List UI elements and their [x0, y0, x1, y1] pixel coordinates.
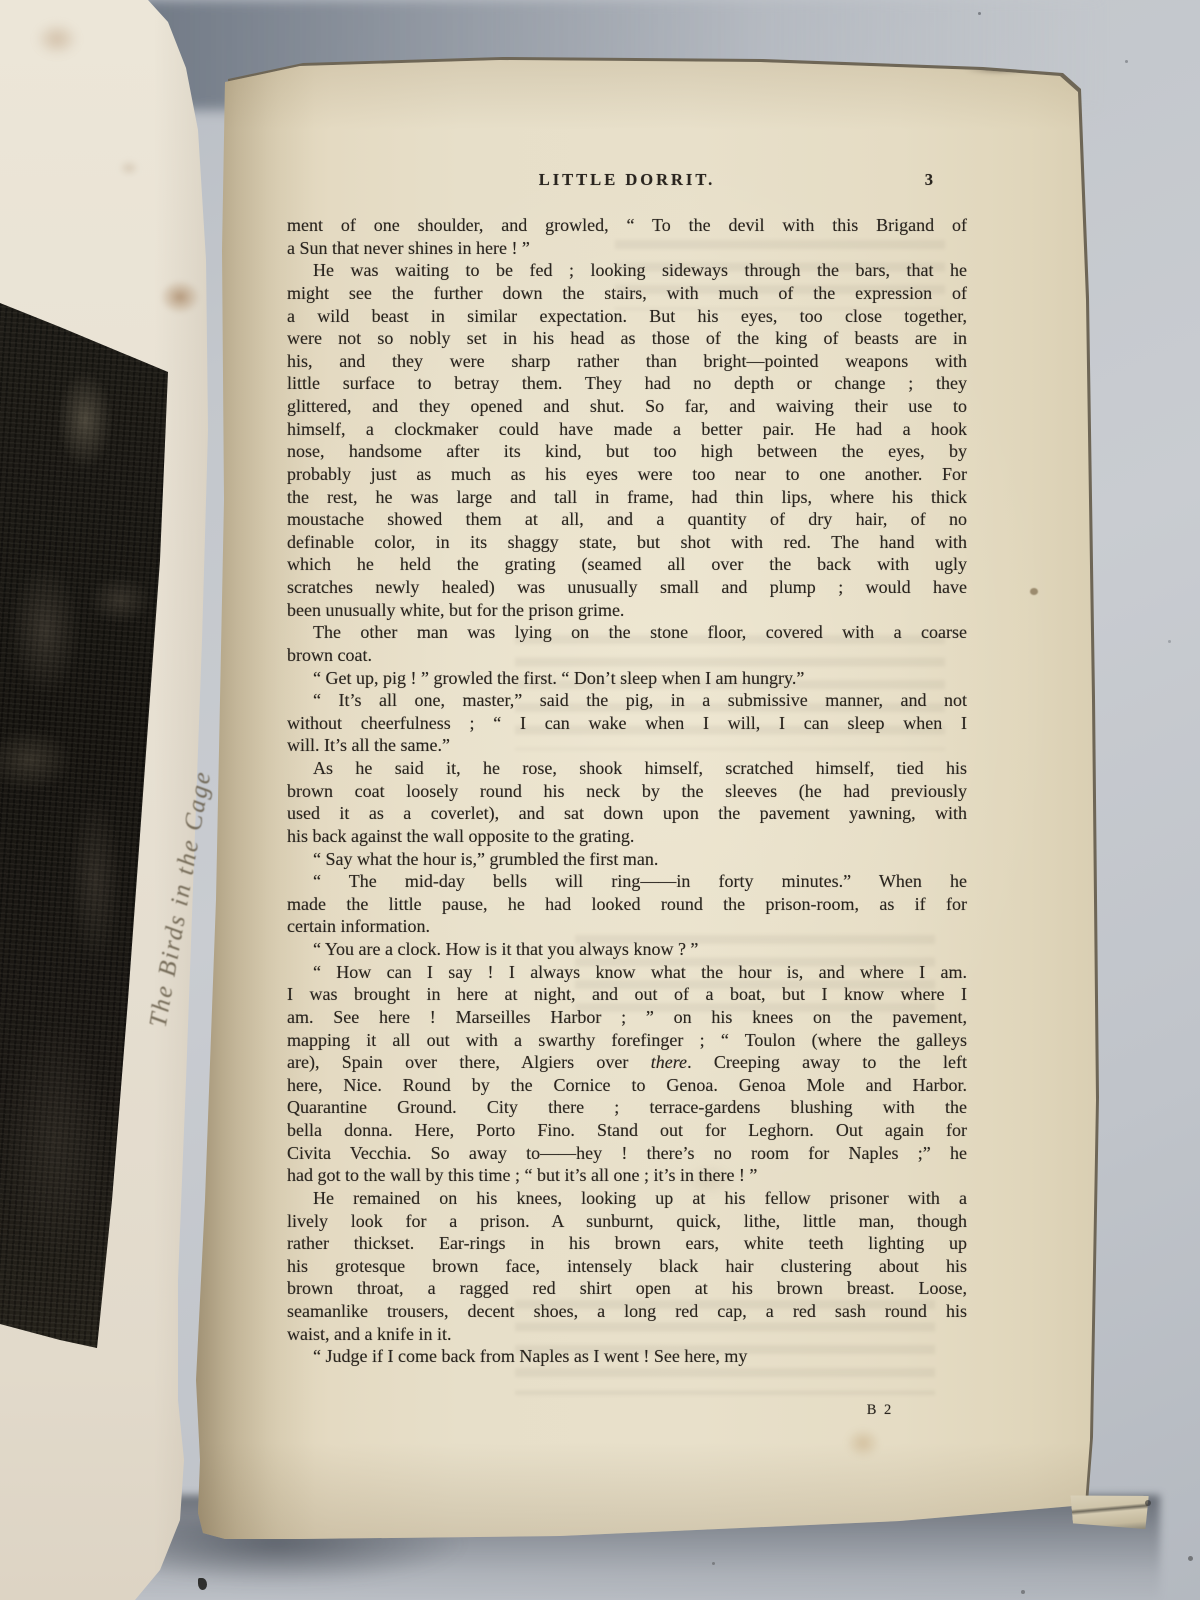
line-text: brown throat, a ragged red shirt open at…	[287, 1278, 967, 1298]
body-line: waist, and a knife in it.	[287, 1323, 967, 1346]
running-header: LITTLE DORRIT.	[539, 170, 715, 189]
body-line: little surface to betray them. They had …	[287, 372, 967, 395]
line-text: bella donna. Here, Porto Fino. Stand out…	[287, 1120, 967, 1140]
body-line: without cheerfulness ; “ I can wake when…	[287, 712, 967, 735]
body-line: “ Get up, pig ! ” growled the first. “ D…	[287, 667, 967, 690]
foxing-spot	[116, 158, 142, 178]
dust-speck	[1145, 1500, 1151, 1506]
foxing-spot	[160, 280, 200, 314]
line-text: a wild beast in similar expectation. But…	[287, 306, 967, 326]
body-line: been unusually white, but for the prison…	[287, 599, 967, 622]
body-line: scratches newly healed) was unusually sm…	[287, 576, 967, 599]
body-line: am. See here ! Marseilles Harbor ; ” on …	[287, 1006, 967, 1029]
line-text: “ It’s all one, master,” said the pig, i…	[313, 690, 967, 710]
line-text: himself, a clockmaker could have made a …	[287, 419, 967, 439]
body-line: made the little pause, he had looked rou…	[287, 893, 967, 916]
line-text: will. It’s all the same.”	[287, 735, 450, 755]
line-text: “ You are a clock. How is it that you al…	[313, 939, 698, 959]
line-text: were not so nobly set in his head as tho…	[287, 328, 967, 348]
line-text: Civita Vecchia. So away to——hey ! there’…	[287, 1143, 967, 1163]
line-text: certain information.	[287, 916, 430, 936]
body-line: are), Spain over there, Algiers over the…	[287, 1051, 967, 1074]
body-line: “ Judge if I come back from Naples as I …	[287, 1345, 967, 1368]
body-line: definable color, in its shaggy state, bu…	[287, 531, 967, 554]
line-text: his grotesque brown face, intensely blac…	[287, 1256, 967, 1276]
body-line: “ Say what the hour is,” grumbled the fi…	[287, 848, 967, 871]
line-text: made the little pause, he had looked rou…	[287, 894, 967, 914]
line-text: rather thickset. Ear-rings in his brown …	[287, 1233, 967, 1253]
dust-speck	[978, 12, 981, 15]
line-text: ment of one shoulder, and growled, “ To …	[287, 215, 967, 235]
body-line: lively look for a prison. A sunburnt, qu…	[287, 1210, 967, 1233]
body-line: “ You are a clock. How is it that you al…	[287, 938, 967, 961]
body-line: brown coat.	[287, 644, 967, 667]
line-text: had got to the wall by this time ; “ but…	[287, 1165, 757, 1185]
line-text: “ The mid-day bells will ring——in forty …	[313, 871, 967, 891]
line-text: his, and they were sharp rather than bri…	[287, 351, 967, 371]
book-photograph: The Birds in the Cage LITTLE DORRIT. 3 m…	[0, 0, 1200, 1600]
body-line: will. It’s all the same.”	[287, 734, 967, 757]
dust-speck	[1188, 1556, 1193, 1561]
line-text: As he said it, he rose, shook himself, s…	[313, 758, 967, 778]
running-header-row: LITTLE DORRIT. 3	[287, 170, 967, 194]
foxing-spot	[840, 1423, 886, 1463]
body-line: bella donna. Here, Porto Fino. Stand out…	[287, 1119, 967, 1142]
line-text: waist, and a knife in it.	[287, 1324, 451, 1344]
line-text: here, Nice. Round by the Cornice to Geno…	[287, 1075, 967, 1095]
dust-speck	[1021, 1590, 1025, 1594]
line-text: little surface to betray them. They had …	[287, 373, 967, 393]
line-text: brown coat.	[287, 645, 372, 665]
line-text: lively look for a prison. A sunburnt, qu…	[287, 1211, 967, 1231]
body-line: his back against the wall opposite to th…	[287, 825, 967, 848]
page-content: LITTLE DORRIT. 3 ment of one shoulder, a…	[287, 170, 967, 1368]
body-lines: ment of one shoulder, and growled, “ To …	[287, 214, 967, 1368]
page-number: 3	[925, 170, 933, 190]
line-text: used it as a coverlet), and sat down upo…	[287, 803, 967, 823]
line-text: might see the further down the stairs, w…	[287, 283, 967, 303]
body-line: had got to the wall by this time ; “ but…	[287, 1164, 967, 1187]
body-line: He remained on his knees, looking up at …	[287, 1187, 967, 1210]
body-line: here, Nice. Round by the Cornice to Geno…	[287, 1074, 967, 1097]
line-text: . Creeping away to the left	[687, 1052, 967, 1072]
line-text: mapping it all out with a swarthy forefi…	[287, 1030, 967, 1050]
body-line: probably just as much as his eyes were t…	[287, 463, 967, 486]
body-line: the rest, he was large and tall in frame…	[287, 486, 967, 509]
dust-speck	[1125, 60, 1128, 63]
body-line: might see the further down the stairs, w…	[287, 282, 967, 305]
line-text: brown coat loosely round his neck by the…	[287, 781, 967, 801]
body-line: glittered, and they opened and shut. So …	[287, 395, 967, 418]
line-text: The other man was lying on the stone flo…	[313, 622, 967, 642]
body-line: Civita Vecchia. So away to——hey ! there’…	[287, 1142, 967, 1165]
body-line: a wild beast in similar expectation. But…	[287, 305, 967, 328]
body-line: Quarantine Ground. City there ; terrace-…	[287, 1096, 967, 1119]
line-text: his back against the wall opposite to th…	[287, 826, 634, 846]
foxing-spot	[28, 16, 86, 62]
body-line: “ The mid-day bells will ring——in forty …	[287, 870, 967, 893]
body-line: his grotesque brown face, intensely blac…	[287, 1255, 967, 1278]
line-text: “ Say what the hour is,” grumbled the fi…	[313, 849, 658, 869]
body-line: which he held the grating (seamed all ov…	[287, 553, 967, 576]
line-text: probably just as much as his eyes were t…	[287, 464, 967, 484]
signature-mark: B 2	[840, 1402, 920, 1419]
line-text: seamanlike trousers, decent shoes, a lon…	[287, 1301, 967, 1321]
line-text: I was brought in here at night, and out …	[287, 984, 967, 1004]
body-line: rather thickset. Ear-rings in his brown …	[287, 1232, 967, 1255]
body-line: “ How can I say ! I always know what the…	[287, 961, 967, 984]
body-line: his, and they were sharp rather than bri…	[287, 350, 967, 373]
line-text: am. See here ! Marseilles Harbor ; ” on …	[287, 1007, 967, 1027]
body-line: brown throat, a ragged red shirt open at…	[287, 1277, 967, 1300]
line-text: are), Spain over there, Algiers over	[287, 1052, 651, 1072]
line-text: He was waiting to be fed ; looking sidew…	[313, 260, 967, 280]
body-line: a Sun that never shines in here ! ”	[287, 237, 967, 260]
body-line: The other man was lying on the stone flo…	[287, 621, 967, 644]
italic-word: there	[651, 1052, 687, 1072]
line-text: been unusually white, but for the prison…	[287, 600, 624, 620]
dust-speck	[1168, 640, 1171, 643]
line-text: definable color, in its shaggy state, bu…	[287, 532, 967, 552]
body-line: used it as a coverlet), and sat down upo…	[287, 802, 967, 825]
line-text: which he held the grating (seamed all ov…	[287, 554, 967, 574]
page-corner-shadow	[198, 1578, 207, 1590]
body-line: brown coat loosely round his neck by the…	[287, 780, 967, 803]
line-text: “ Get up, pig ! ” growled the first. “ D…	[313, 668, 804, 688]
body-line: I was brought in here at night, and out …	[287, 983, 967, 1006]
body-line: mapping it all out with a swarthy forefi…	[287, 1029, 967, 1052]
body-line: nose, handsome after its kind, but too h…	[287, 440, 967, 463]
body-line: As he said it, he rose, shook himself, s…	[287, 757, 967, 780]
body-line: seamanlike trousers, decent shoes, a lon…	[287, 1300, 967, 1323]
line-text: “ Judge if I come back from Naples as I …	[313, 1346, 747, 1366]
line-text: nose, handsome after its kind, but too h…	[287, 441, 967, 461]
body-line: He was waiting to be fed ; looking sidew…	[287, 259, 967, 282]
line-text: “ How can I say ! I always know what the…	[313, 962, 967, 982]
body-line: moustache showed them at all, and a quan…	[287, 508, 967, 531]
line-text: glittered, and they opened and shut. So …	[287, 396, 967, 416]
body-line: were not so nobly set in his head as tho…	[287, 327, 967, 350]
body-line: “ It’s all one, master,” said the pig, i…	[287, 689, 967, 712]
foxing-spot	[1030, 588, 1038, 595]
body-line: ment of one shoulder, and growled, “ To …	[287, 214, 967, 237]
line-text: Quarantine Ground. City there ; terrace-…	[287, 1097, 967, 1117]
line-text: He remained on his knees, looking up at …	[313, 1188, 967, 1208]
body-line: certain information.	[287, 915, 967, 938]
line-text: a Sun that never shines in here ! ”	[287, 238, 530, 258]
dust-speck	[712, 1562, 715, 1565]
line-text: the rest, he was large and tall in frame…	[287, 487, 967, 507]
body-line: himself, a clockmaker could have made a …	[287, 418, 967, 441]
line-text: without cheerfulness ; “ I can wake when…	[287, 713, 967, 733]
line-text: moustache showed them at all, and a quan…	[287, 509, 967, 529]
line-text: scratches newly healed) was unusually sm…	[287, 577, 967, 597]
